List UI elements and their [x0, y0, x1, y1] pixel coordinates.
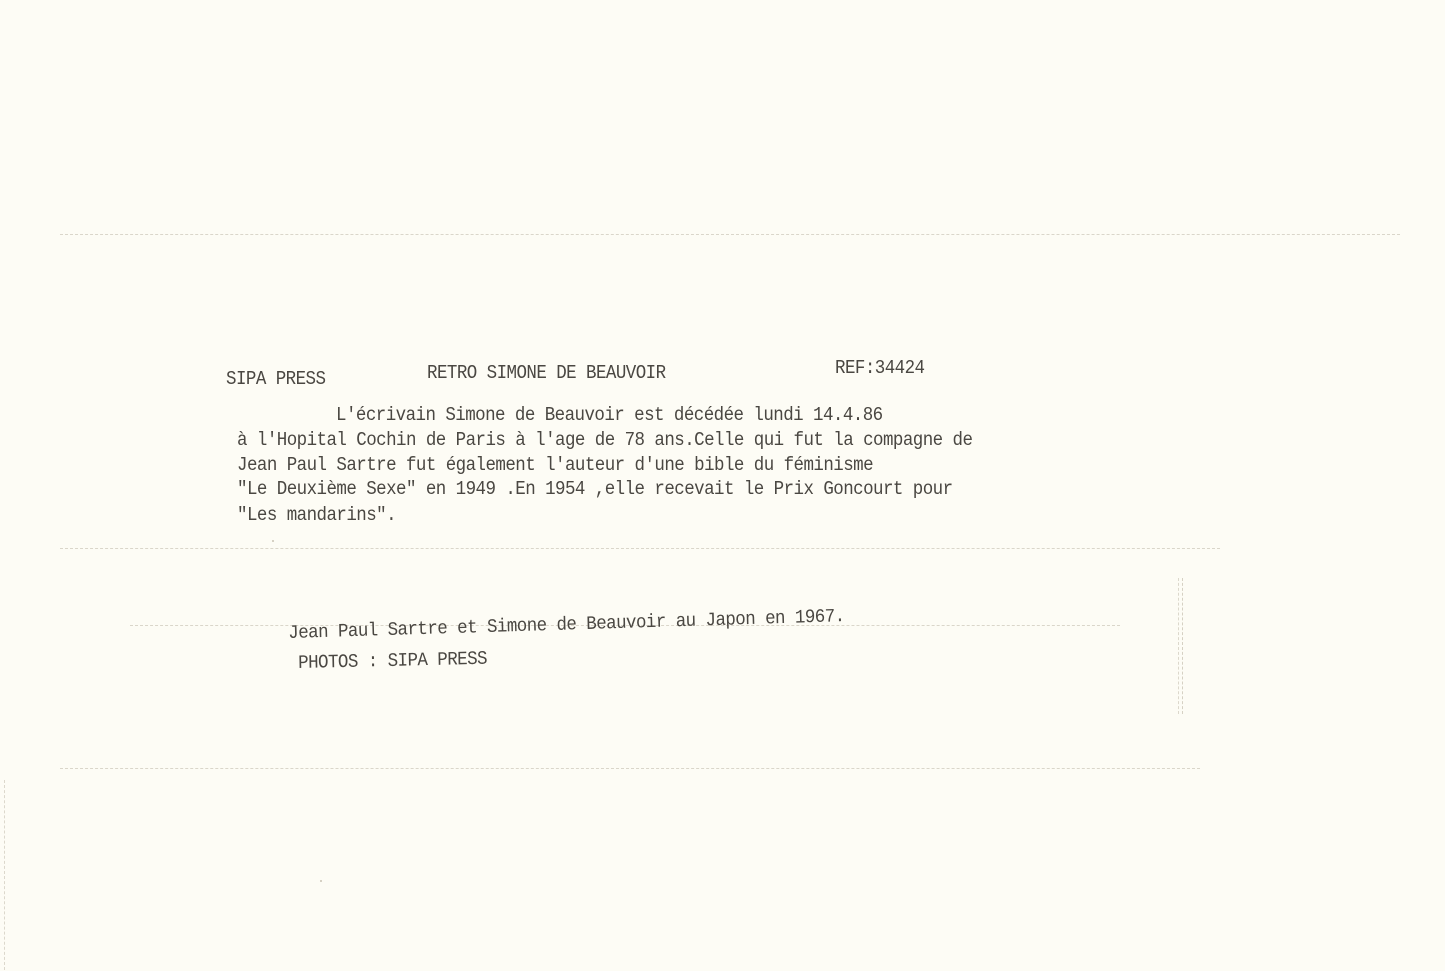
subject-title: RETRO SIMONE DE BEAUVOIR — [427, 362, 666, 384]
ink-speck — [272, 540, 274, 542]
caption-slip — [130, 578, 1183, 714]
photo-credit: PHOTOS : SIPA PRESS — [298, 648, 487, 674]
faint-rule-top — [60, 234, 1400, 235]
body-line-1: L'écrivain Simone de Beauvoir est décédé… — [336, 403, 883, 428]
ink-speck — [320, 880, 322, 882]
faint-left-edge — [4, 780, 5, 970]
agency-name: SIPA PRESS — [226, 368, 325, 390]
body-line-5: "Les mandarins". — [237, 503, 396, 528]
faint-rule-mid — [60, 548, 1220, 549]
faint-rule-bottom — [60, 768, 1200, 769]
body-line-3: Jean Paul Sartre fut également l'auteur … — [237, 453, 873, 478]
body-line-4: "Le Deuxième Sexe" en 1949 .En 1954 ,ell… — [237, 477, 953, 502]
reference-number: REF:34424 — [835, 357, 924, 379]
body-line-2: à l'Hopital Cochin de Paris à l'age de 7… — [237, 428, 972, 453]
